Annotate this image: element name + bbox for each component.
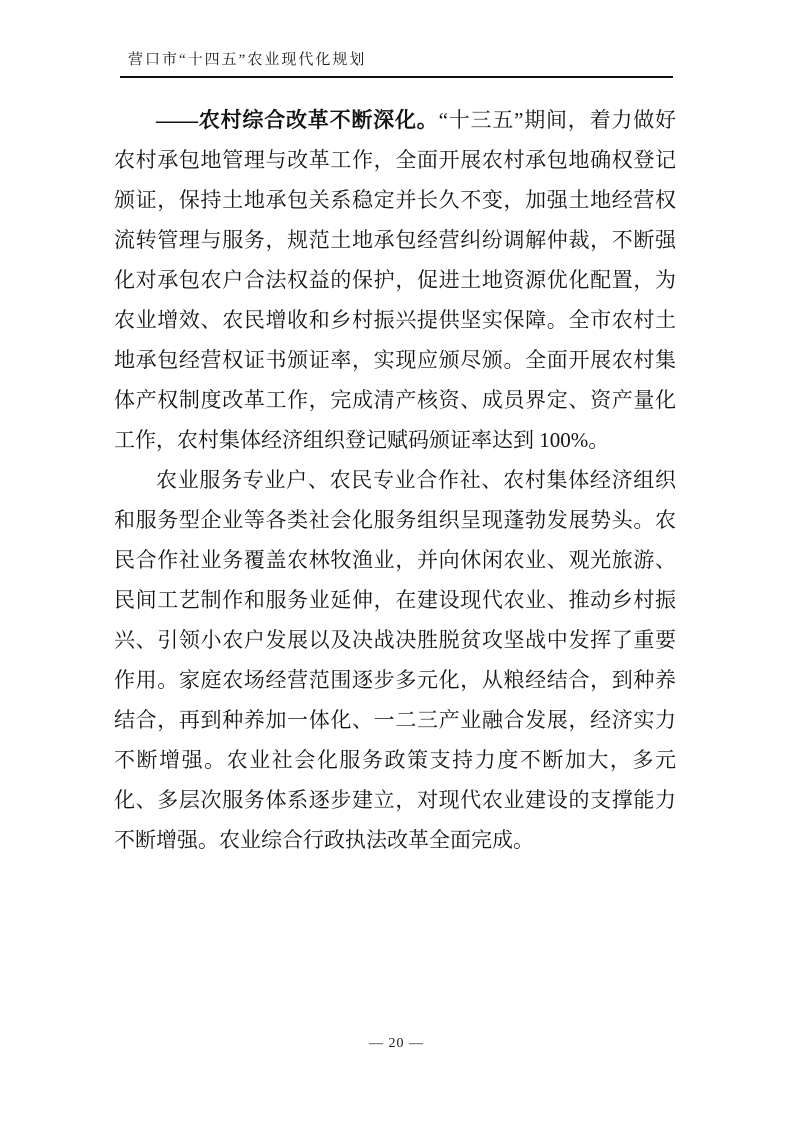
paragraph: ——农村综合改革不断深化。“十三五”期间，着力做好农村承包地管理与改革工作，全面…	[114, 100, 676, 460]
document-page: 营口市“十四五”农业现代化规划 ——农村综合改革不断深化。“十三五”期间，着力做…	[0, 0, 793, 1122]
page-footer: — 20 —	[0, 1034, 793, 1054]
page-header: 营口市“十四五”农业现代化规划	[120, 50, 673, 78]
header-title: 营口市“十四五”农业现代化规划	[120, 50, 673, 70]
paragraph-text: “十三五”期间，着力做好农村承包地管理与改革工作，全面开展农村承包地确权登记颁证…	[114, 108, 676, 452]
paragraph-lead: ——农村综合改革不断深化。	[156, 108, 439, 132]
paragraph-text: 农业服务专业户、农民专业合作社、农村集体经济组织和服务型企业等各类社会化服务组织…	[114, 468, 676, 852]
document-body: ——农村综合改革不断深化。“十三五”期间，着力做好农村承包地管理与改革工作，全面…	[114, 100, 676, 860]
paragraph: 农业服务专业户、农民专业合作社、农村集体经济组织和服务型企业等各类社会化服务组织…	[114, 460, 676, 860]
page-number: — 20 —	[369, 1036, 424, 1051]
